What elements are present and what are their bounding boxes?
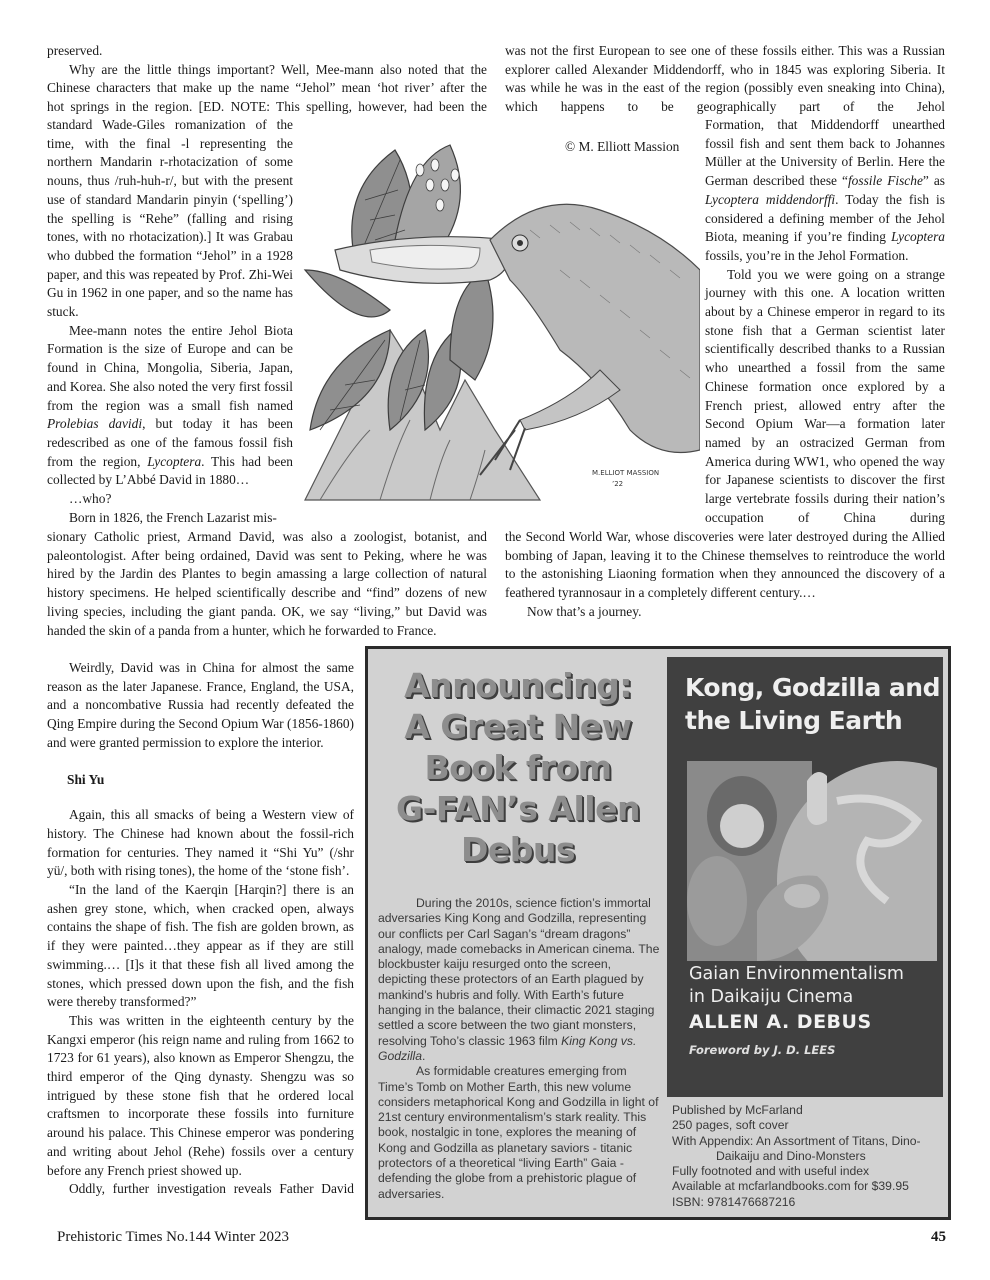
kong-godzilla-earth-artwork	[687, 761, 937, 961]
species-name: Lycoptera	[147, 454, 201, 469]
paragraph-weirdly: Weirdly, David was in China for almost t…	[47, 659, 354, 753]
paragraph-again: Again, this all smacks of being a Wester…	[47, 806, 354, 881]
paragraph-armand-david: sionary Catholic priest, Armand David, w…	[47, 528, 487, 640]
svg-text:’22: ’22	[612, 480, 623, 488]
book-details: Published by McFarland 250 pages, soft c…	[672, 1103, 921, 1210]
appendix: With Appendix: An Assortment of Titans, …	[672, 1134, 921, 1149]
publication-footer: Prehistoric Times No.144 Winter 2023	[57, 1229, 289, 1246]
right-column-top: was not the first European to see one of…	[505, 42, 945, 117]
ad-description: During the 2010s, science fiction’s immo…	[378, 896, 662, 1202]
book-advertisement: Announcing: A Great New Book from G-FAN’…	[365, 646, 951, 1220]
species-name: Prolebias davidi	[47, 416, 142, 431]
paragraph-strange-journey: Told you we were going on a strange jour…	[705, 266, 945, 528]
paragraph-line: Why are the little things important? Wel…	[47, 61, 487, 80]
section-heading-shi-yu: Shi Yu	[67, 771, 354, 790]
left-column-wide: sionary Catholic priest, Armand David, w…	[47, 528, 487, 640]
right-column-bottom: the Second World War, whose discoveries …	[505, 528, 945, 622]
ad-text-panel: Announcing: A Great New Book from G-FAN’…	[374, 655, 662, 1202]
book-title: Kong, Godzilla and the Living Earth	[685, 671, 940, 737]
left-column-lower: Weirdly, David was in China for almost t…	[47, 659, 354, 1199]
right-column-narrow: Formation, that Middendorff unearthed fo…	[705, 116, 945, 527]
artist-signature: M.ELLIOT MASSION	[592, 469, 659, 477]
paragraph-second-world-war: the Second World War, whose discoveries …	[505, 528, 945, 603]
book-foreword: Foreword by J. D. LEES	[689, 1043, 835, 1057]
paragraph-middendorff: was not the first European to see one of…	[505, 42, 945, 117]
publisher: Published by McFarland	[672, 1103, 921, 1118]
availability-price: Available at mcfarlandbooks.com for $39.…	[672, 1179, 921, 1194]
paragraph-line: hot springs in the region. [ED. NOTE: Th…	[47, 98, 487, 117]
paragraph-quote-kaerqin: “In the land of the Kaerqin [Harqin?] th…	[47, 881, 354, 1012]
left-column-top: preserved. Why are the little things imp…	[47, 42, 487, 117]
book-subtitle: Gaian Environmentalism in Daikaiju Cinem…	[689, 963, 904, 1009]
book-author: ALLEN A. DEBUS	[689, 1011, 872, 1033]
book-cover: Kong, Godzilla and the Living Earth Gaia…	[667, 657, 943, 1097]
paragraph-jehol-biota: Mee-mann notes the entire Jehol Biota Fo…	[47, 322, 293, 490]
paragraph-line: Chinese characters that make up the name…	[47, 79, 487, 98]
page-number: 45	[931, 1229, 946, 1246]
species-name: Lycoptera	[891, 229, 945, 244]
ad-headline: Announcing: A Great New Book from G-FAN’…	[374, 665, 662, 870]
paragraph-kangxi: This was written in the eighteenth centu…	[47, 1012, 354, 1180]
isbn: ISBN: 9781476687216	[672, 1195, 921, 1210]
paragraph-preserved: preserved.	[47, 42, 487, 61]
paragraph-jehol-spelling: standard Wade-Giles romanization of the …	[47, 116, 293, 322]
german-phrase: fossile Fische	[848, 173, 923, 188]
paragraph-who: …who?	[47, 490, 293, 509]
dinosaur-illustration: M.ELLIOT MASSION ’22	[300, 130, 700, 502]
paragraph-oddly: Oddly, further investigation reveals Fat…	[47, 1180, 354, 1199]
species-name: Lycoptera middendorffi	[705, 192, 835, 207]
footnotes-note: Fully footnoted and with useful index	[672, 1164, 921, 1179]
paragraph-now-thats-a-journey: Now that’s a journey.	[505, 603, 945, 622]
page-count: 250 pages, soft cover	[672, 1118, 921, 1133]
left-column-narrow: standard Wade-Giles romanization of the …	[47, 116, 293, 527]
paragraph-muller: Formation, that Middendorff unearthed fo…	[705, 116, 945, 266]
paragraph-born-start: Born in 1826, the French Lazarist mis-	[47, 509, 293, 528]
